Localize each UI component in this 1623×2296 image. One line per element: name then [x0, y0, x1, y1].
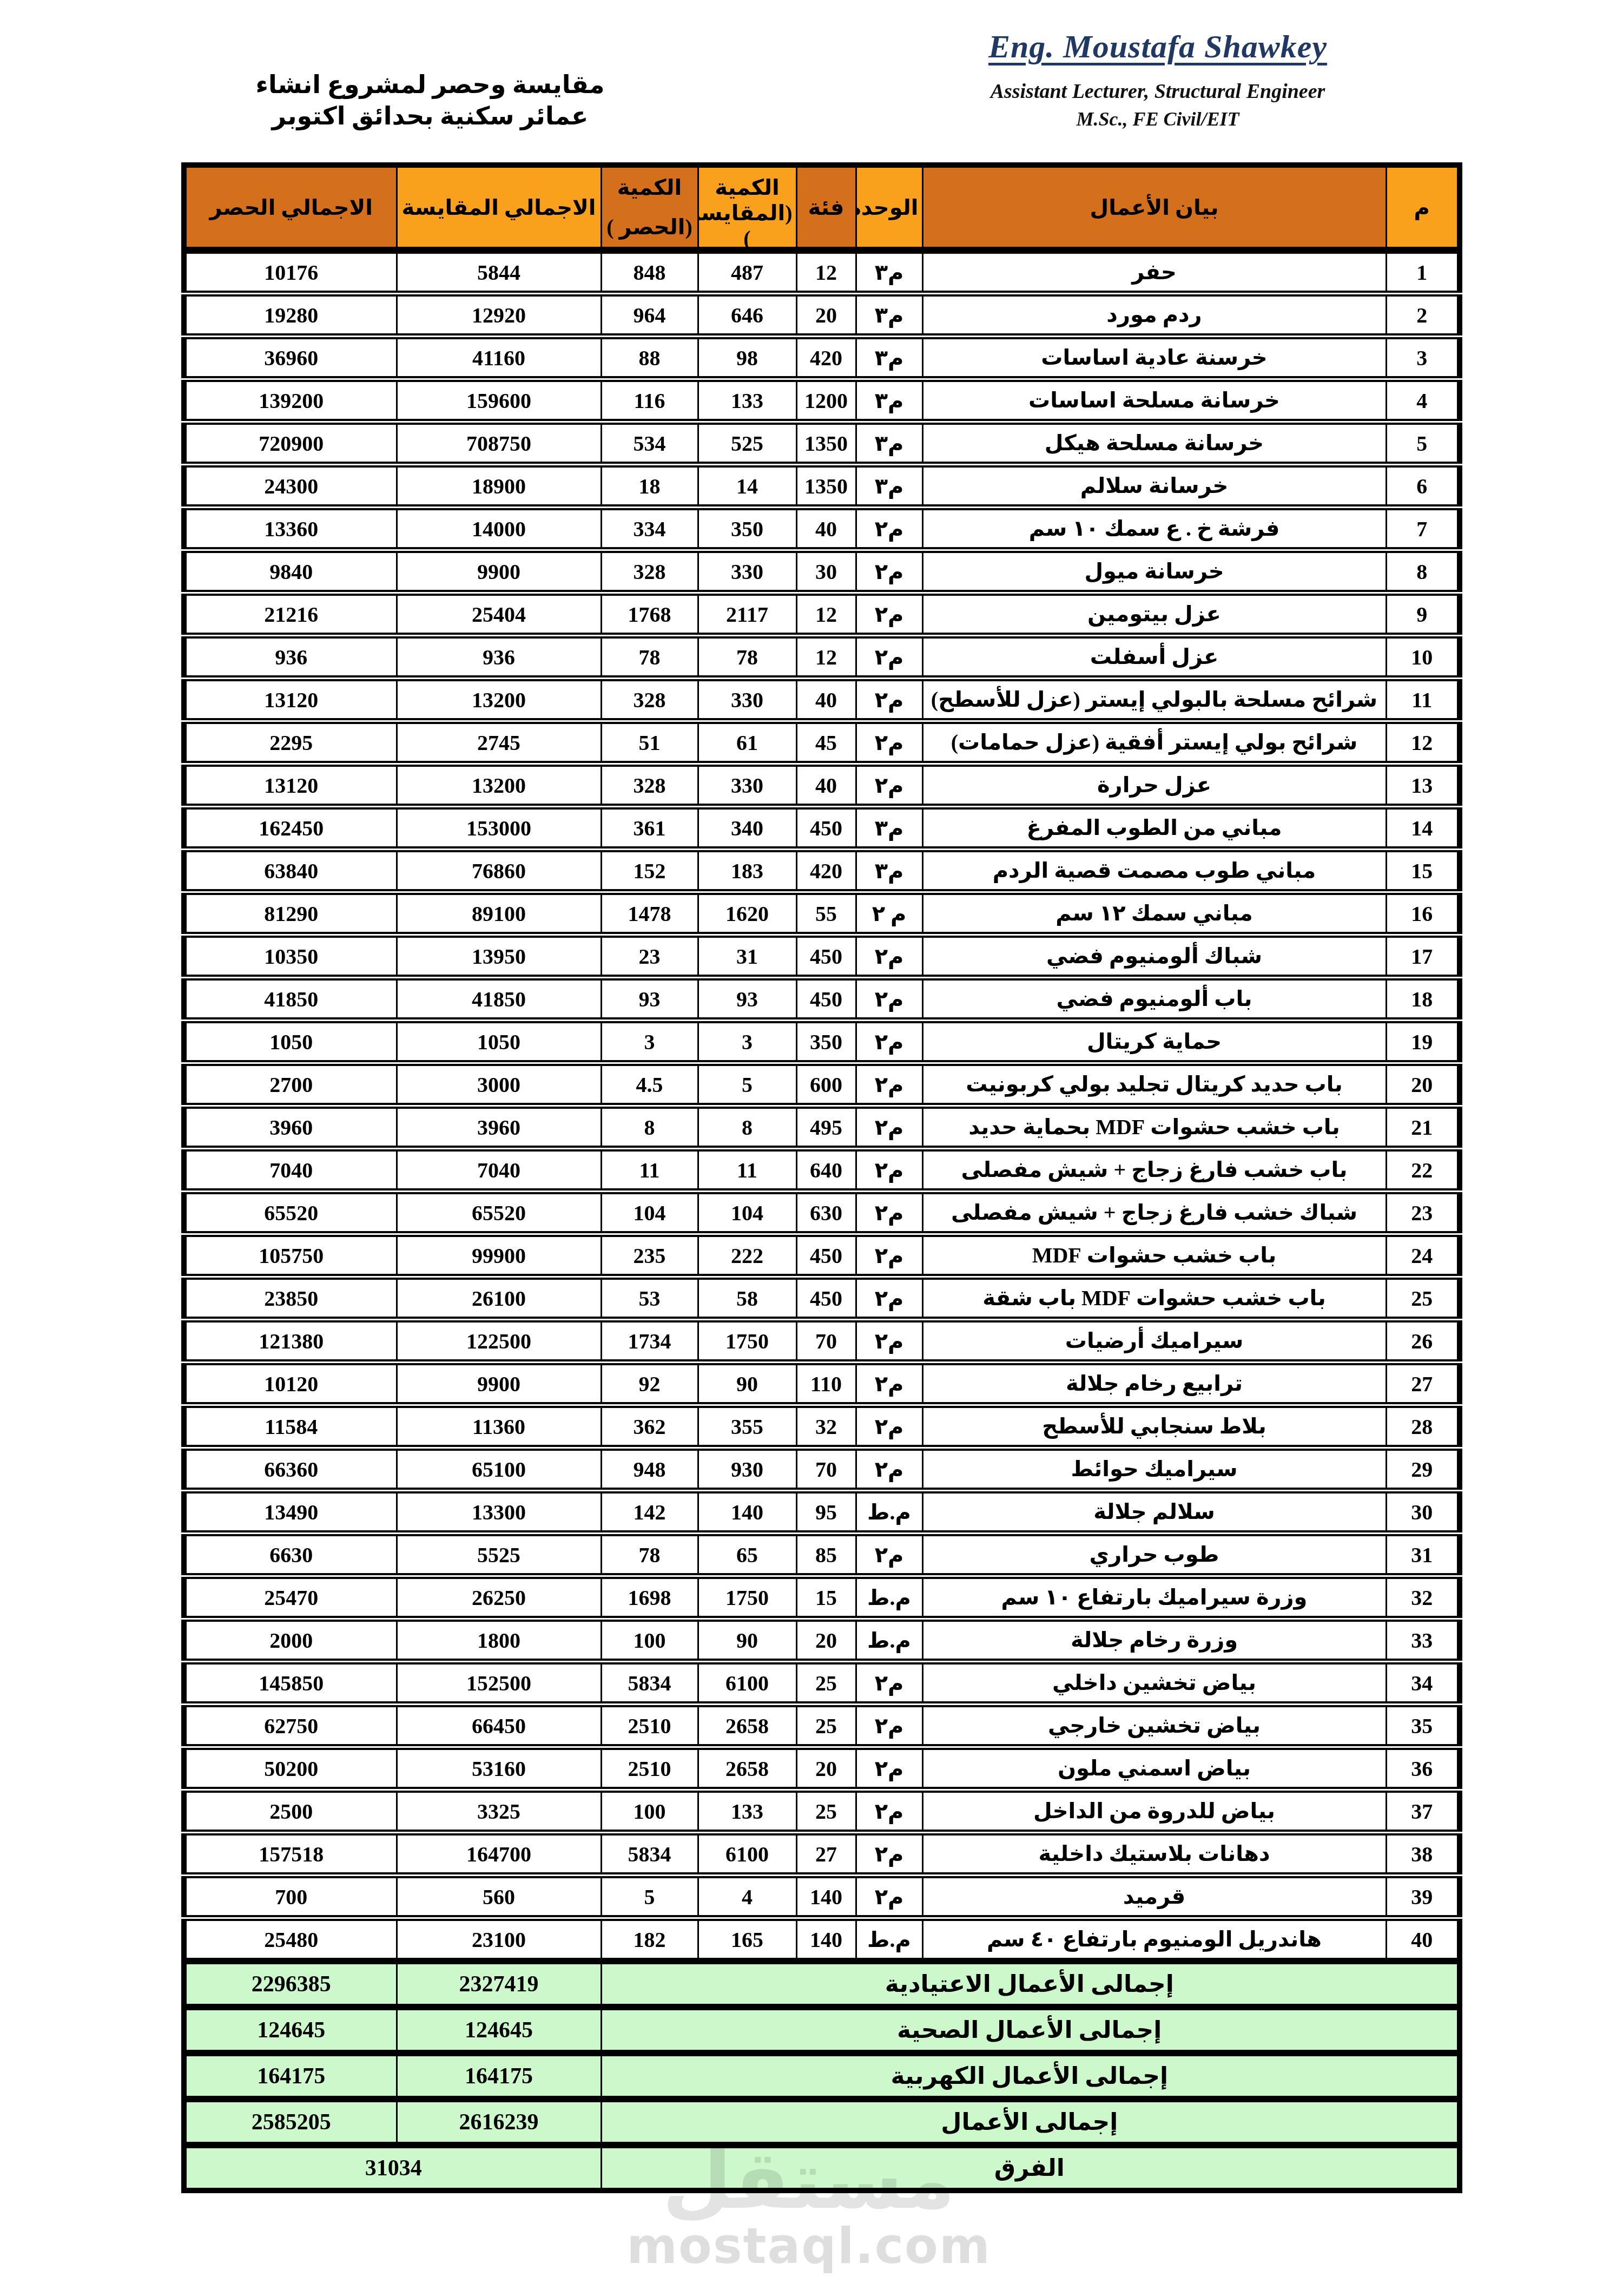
qty-estimated-cell: 31	[698, 935, 796, 978]
total-surveyed-cell: 157518	[184, 1833, 397, 1876]
unit-cell: م٢	[856, 1405, 922, 1448]
total-surveyed-cell: 145850	[184, 1662, 397, 1705]
total-surveyed-cell: 700	[184, 1876, 397, 1918]
unit-cell: م٣	[856, 294, 922, 337]
total-estimated-cell: 153000	[397, 807, 601, 850]
rate-cell: 495	[796, 1106, 856, 1149]
qty-estimated-cell: 98	[698, 337, 796, 379]
unit-cell: م٢	[856, 1833, 922, 1876]
unit-cell: م٢	[856, 1876, 922, 1918]
qty-surveyed-cell: 948	[601, 1448, 698, 1491]
qty-estimated-cell: 61	[698, 721, 796, 764]
rate-cell: 450	[796, 935, 856, 978]
works-description-cell: عزل أسفلت	[922, 636, 1386, 679]
rate-cell: 25	[796, 1662, 856, 1705]
summary-label-cell: إجمالى الأعمال	[601, 2099, 1460, 2145]
qty-estimated-cell: 330	[698, 764, 796, 807]
row-number-cell: 31	[1386, 1534, 1460, 1576]
rate-cell: 20	[796, 1747, 856, 1790]
rate-cell: 25	[796, 1705, 856, 1747]
rate-cell: 450	[796, 1234, 856, 1277]
total-surveyed-cell: 25470	[184, 1576, 397, 1619]
row-number-cell: 20	[1386, 1063, 1460, 1106]
unit-cell: م٢	[856, 1021, 922, 1063]
works-description-cell: ترابيع رخام جلالة	[922, 1363, 1386, 1405]
rate-cell: 27	[796, 1833, 856, 1876]
total-estimated-cell: 76860	[397, 850, 601, 892]
qty-estimated-cell: 3	[698, 1021, 796, 1063]
boq-row: 15 مباني طوب مصمت قصية الردم م٣ 420 183 …	[184, 850, 1460, 892]
row-number-cell: 16	[1386, 892, 1460, 935]
qty-estimated-cell: 4	[698, 1876, 796, 1918]
rate-cell: 450	[796, 1277, 856, 1320]
total-estimated-cell: 41160	[397, 337, 601, 379]
qty-surveyed-cell: 78	[601, 1534, 698, 1576]
rate-cell: 140	[796, 1876, 856, 1918]
qty-estimated-cell: 1750	[698, 1576, 796, 1619]
boq-row: 25 باب خشب حشوات MDF باب شقة م٢ 450 58 5…	[184, 1277, 1460, 1320]
qty-surveyed-cell: 964	[601, 294, 698, 337]
row-number-cell: 4	[1386, 379, 1460, 422]
row-number-cell: 24	[1386, 1234, 1460, 1277]
summary-total-estimated-cell: 164175	[397, 2053, 601, 2099]
works-description-cell: وزرة رخام جلالة	[922, 1619, 1386, 1662]
summary-label-cell: إجمالى الأعمال الصحية	[601, 2007, 1460, 2053]
row-number-cell: 12	[1386, 721, 1460, 764]
summary-total-surveyed-cell: 164175	[184, 2053, 397, 2099]
boq-row: 24 باب خشب حشوات MDF م٢ 450 222 235 9990…	[184, 1234, 1460, 1277]
qty-surveyed-cell: 328	[601, 679, 698, 721]
total-surveyed-cell: 13120	[184, 764, 397, 807]
works-description-cell: طوب حراري	[922, 1534, 1386, 1576]
rate-cell: 40	[796, 679, 856, 721]
qty-estimated-cell: 2658	[698, 1705, 796, 1747]
qty-estimated-cell: 14	[698, 465, 796, 508]
qty-estimated-cell: 330	[698, 679, 796, 721]
total-estimated-cell: 122500	[397, 1320, 601, 1363]
total-surveyed-cell: 720900	[184, 422, 397, 465]
difference-label-cell: الفرق	[601, 2145, 1460, 2190]
total-surveyed-cell: 36960	[184, 337, 397, 379]
qty-estimated-cell: 90	[698, 1363, 796, 1405]
summary-row: إجمالى الأعمال الصحية 124645 124645	[184, 2007, 1460, 2053]
unit-cell: م٣	[856, 422, 922, 465]
qty-estimated-cell: 487	[698, 251, 796, 294]
unit-cell: م٢	[856, 1234, 922, 1277]
row-number-cell: 27	[1386, 1363, 1460, 1405]
total-surveyed-cell: 25480	[184, 1918, 397, 1962]
total-estimated-cell: 2745	[397, 721, 601, 764]
total-surveyed-cell: 162450	[184, 807, 397, 850]
qty-estimated-cell: 1750	[698, 1320, 796, 1363]
qty-surveyed-cell: 2510	[601, 1705, 698, 1747]
row-number-cell: 23	[1386, 1192, 1460, 1234]
qty-estimated-cell: 646	[698, 294, 796, 337]
rate-cell: 70	[796, 1320, 856, 1363]
boq-row: 18 باب ألومنيوم فضي م٢ 450 93 93 41850 4…	[184, 978, 1460, 1021]
rate-cell: 20	[796, 1619, 856, 1662]
works-description-cell: سلالم جلالة	[922, 1491, 1386, 1534]
row-number-cell: 40	[1386, 1918, 1460, 1962]
works-description-cell: باب خشب حشوات MDF	[922, 1234, 1386, 1277]
unit-cell: م٢	[856, 1106, 922, 1149]
rate-cell: 70	[796, 1448, 856, 1491]
rate-cell: 420	[796, 850, 856, 892]
qty-estimated-cell: 11	[698, 1149, 796, 1192]
row-number-cell: 11	[1386, 679, 1460, 721]
column-header-unit: الوحدة	[856, 165, 922, 251]
row-number-cell: 14	[1386, 807, 1460, 850]
qty-surveyed-cell: 100	[601, 1790, 698, 1833]
boq-row: 32 وزرة سيراميك بارتفاع ١٠ سم م.ط 15 175…	[184, 1576, 1460, 1619]
qty-surveyed-cell: 5834	[601, 1662, 698, 1705]
difference-value-cell: 31034	[184, 2145, 601, 2190]
total-estimated-cell: 1050	[397, 1021, 601, 1063]
qty-estimated-cell: 930	[698, 1448, 796, 1491]
qty-surveyed-cell: 534	[601, 422, 698, 465]
unit-cell: م٣	[856, 465, 922, 508]
rate-cell: 12	[796, 251, 856, 294]
row-number-cell: 32	[1386, 1576, 1460, 1619]
qty-estimated-cell: 330	[698, 550, 796, 593]
summary-total-surveyed-cell: 124645	[184, 2007, 397, 2053]
qty-estimated-cell: 140	[698, 1491, 796, 1534]
total-estimated-cell: 89100	[397, 892, 601, 935]
qty-estimated-cell: 104	[698, 1192, 796, 1234]
unit-cell: م.ط	[856, 1619, 922, 1662]
qty-estimated-cell: 355	[698, 1405, 796, 1448]
boq-row: 35 بياض تخشين خارجي م٢ 25 2658 2510 6645…	[184, 1705, 1460, 1747]
qty-surveyed-cell: 92	[601, 1363, 698, 1405]
qty-surveyed-cell: 23	[601, 935, 698, 978]
works-description-cell: باب خشب فارغ زجاج + شيش مفصلى	[922, 1149, 1386, 1192]
qty-surveyed-paren-label: (الحصر )	[605, 214, 694, 240]
works-description-cell: مباني سمك ١٢ سم	[922, 892, 1386, 935]
unit-cell: م٢	[856, 1192, 922, 1234]
works-description-cell: شرائح بولي إيستر أفقية (عزل حمامات)	[922, 721, 1386, 764]
qty-surveyed-cell: 100	[601, 1619, 698, 1662]
boq-row: 23 شباك خشب فارغ زجاج + شيش مفصلى م٢ 630…	[184, 1192, 1460, 1234]
works-description-cell: خرسانة ميول	[922, 550, 1386, 593]
boq-row: 37 بياض للدروة من الداخل م٢ 25 133 100 3…	[184, 1790, 1460, 1833]
unit-cell: م٢	[856, 1320, 922, 1363]
rate-cell: 450	[796, 807, 856, 850]
unit-cell: م٢	[856, 593, 922, 636]
boq-row: 29 سيراميك حوائط م٢ 70 930 948 65100 663…	[184, 1448, 1460, 1491]
works-description-cell: باب ألومنيوم فضي	[922, 978, 1386, 1021]
row-number-cell: 6	[1386, 465, 1460, 508]
rate-cell: 55	[796, 892, 856, 935]
boq-row: 22 باب خشب فارغ زجاج + شيش مفصلى م٢ 640 …	[184, 1149, 1460, 1192]
summary-row: إجمالى الأعمال 2616239 2585205	[184, 2099, 1460, 2145]
row-number-cell: 9	[1386, 593, 1460, 636]
total-surveyed-cell: 936	[184, 636, 397, 679]
row-number-cell: 26	[1386, 1320, 1460, 1363]
qty-estimated-cell: 93	[698, 978, 796, 1021]
qty-surveyed-cell: 2510	[601, 1747, 698, 1790]
unit-cell: م٢	[856, 679, 922, 721]
boq-row: 38 دهانات بلاستيك داخلية م٢ 27 6100 5834…	[184, 1833, 1460, 1876]
unit-cell: م٢	[856, 1662, 922, 1705]
total-estimated-cell: 159600	[397, 379, 601, 422]
unit-cell: م٢	[856, 508, 922, 550]
summary-total-estimated-cell: 2327419	[397, 1961, 601, 2007]
total-surveyed-cell: 1050	[184, 1021, 397, 1063]
summary-total-surveyed-cell: 2585205	[184, 2099, 397, 2145]
works-description-cell: شرائح مسلحة بالبولي إيستر (عزل للأسطح)	[922, 679, 1386, 721]
rate-cell: 350	[796, 1021, 856, 1063]
rate-cell: 640	[796, 1149, 856, 1192]
row-number-cell: 18	[1386, 978, 1460, 1021]
boq-row: 28 بلاط سنجابي للأسطح م٢ 32 355 362 1136…	[184, 1405, 1460, 1448]
row-number-cell: 8	[1386, 550, 1460, 593]
works-description-cell: خرسانة سلالم	[922, 465, 1386, 508]
qty-surveyed-cell: 8	[601, 1106, 698, 1149]
rate-cell: 420	[796, 337, 856, 379]
qty-word-label: الكمية	[702, 175, 793, 200]
boq-row: 9 عزل بيتومين م٢ 12 2117 1768 25404 2121…	[184, 593, 1460, 636]
total-estimated-cell: 65100	[397, 1448, 601, 1491]
column-header-rate: فئة	[796, 165, 856, 251]
rate-cell: 15	[796, 1576, 856, 1619]
qty-surveyed-cell: 362	[601, 1405, 698, 1448]
boq-row: 1 حفر م٣ 12 487 848 5844 10176	[184, 251, 1460, 294]
total-surveyed-cell: 121380	[184, 1320, 397, 1363]
total-surveyed-cell: 63840	[184, 850, 397, 892]
row-number-cell: 28	[1386, 1405, 1460, 1448]
works-description-cell: حفر	[922, 251, 1386, 294]
qty-estimated-cell: 350	[698, 508, 796, 550]
works-description-cell: دهانات بلاستيك داخلية	[922, 1833, 1386, 1876]
boq-row: 27 ترابيع رخام جلالة م٢ 110 90 92 9900 1…	[184, 1363, 1460, 1405]
row-number-cell: 33	[1386, 1619, 1460, 1662]
qty-surveyed-cell: 1734	[601, 1320, 698, 1363]
qty-surveyed-cell: 1478	[601, 892, 698, 935]
boq-row: 34 بياض تخشين داخلي م٢ 25 6100 5834 1525…	[184, 1662, 1460, 1705]
boq-row: 7 فرشة خ . ع سمك ١٠ سم م٢ 40 350 334 140…	[184, 508, 1460, 550]
unit-cell: م.ط	[856, 1576, 922, 1619]
total-estimated-cell: 7040	[397, 1149, 601, 1192]
rate-cell: 40	[796, 764, 856, 807]
row-number-cell: 19	[1386, 1021, 1460, 1063]
qty-surveyed-cell: 1698	[601, 1576, 698, 1619]
qty-estimated-cell: 1620	[698, 892, 796, 935]
unit-cell: م٢	[856, 935, 922, 978]
total-surveyed-cell: 13490	[184, 1491, 397, 1534]
total-estimated-cell: 26100	[397, 1277, 601, 1320]
works-description-cell: بياض تخشين داخلي	[922, 1662, 1386, 1705]
total-estimated-cell: 11360	[397, 1405, 601, 1448]
qty-surveyed-cell: 142	[601, 1491, 698, 1534]
rate-cell: 1200	[796, 379, 856, 422]
boq-row: 39 قرميد م٢ 140 4 5 560 700	[184, 1876, 1460, 1918]
boq-row: 31 طوب حراري م٢ 85 65 78 5525 6630	[184, 1534, 1460, 1576]
works-description-cell: وزرة سيراميك بارتفاع ١٠ سم	[922, 1576, 1386, 1619]
document-title: مقايسة وحصر لمشروع انشاء عمائر سكنية بحد…	[233, 69, 628, 131]
rate-cell: 40	[796, 508, 856, 550]
works-description-cell: شباك ألومنيوم فضي	[922, 935, 1386, 978]
qty-surveyed-cell: 152	[601, 850, 698, 892]
boq-row: 11 شرائح مسلحة بالبولي إيستر (عزل للأسطح…	[184, 679, 1460, 721]
total-estimated-cell: 18900	[397, 465, 601, 508]
total-estimated-cell: 99900	[397, 1234, 601, 1277]
column-header-qty-surveyed: الكمية (الحصر )	[601, 165, 698, 251]
qty-estimated-cell: 2658	[698, 1747, 796, 1790]
boq-row: 14 مباني من الطوب المفرغ م٣ 450 340 361 …	[184, 807, 1460, 850]
works-description-cell: باب حديد كريتال تجليد بولي كربونيت	[922, 1063, 1386, 1106]
boq-row: 8 خرسانة ميول م٢ 30 330 328 9900 9840	[184, 550, 1460, 593]
total-surveyed-cell: 62750	[184, 1705, 397, 1747]
qty-surveyed-cell: 848	[601, 251, 698, 294]
total-estimated-cell: 5525	[397, 1534, 601, 1576]
qty-surveyed-cell: 53	[601, 1277, 698, 1320]
qty-surveyed-cell: 116	[601, 379, 698, 422]
unit-cell: م.ط	[856, 1918, 922, 1962]
works-description-cell: باب خشب حشوات MDF بحماية حديد	[922, 1106, 1386, 1149]
works-description-cell: عزل حرارة	[922, 764, 1386, 807]
column-header-total-surveyed: الاجمالي الحصر	[184, 165, 397, 251]
row-number-cell: 34	[1386, 1662, 1460, 1705]
rate-cell: 20	[796, 294, 856, 337]
engineer-signature-block: Eng. Moustafa Shawkey Assistant Lecturer…	[958, 28, 1358, 130]
row-number-cell: 30	[1386, 1491, 1460, 1534]
boq-row: 26 سيراميك أرضيات م٢ 70 1750 1734 122500…	[184, 1320, 1460, 1363]
boq-row: 13 عزل حرارة م٢ 40 330 328 13200 13120	[184, 764, 1460, 807]
boq-row: 17 شباك ألومنيوم فضي م٢ 450 31 23 13950 …	[184, 935, 1460, 978]
unit-cell: م٢	[856, 1705, 922, 1747]
qty-estimated-cell: 183	[698, 850, 796, 892]
total-estimated-cell: 65520	[397, 1192, 601, 1234]
qty-estimated-cell: 78	[698, 636, 796, 679]
document-page: مقايسة وحصر لمشروع انشاء عمائر سكنية بحد…	[0, 0, 1623, 2296]
row-number-cell: 25	[1386, 1277, 1460, 1320]
qty-surveyed-cell: 88	[601, 337, 698, 379]
total-surveyed-cell: 2700	[184, 1063, 397, 1106]
summary-label-cell: إجمالى الأعمال الكهربية	[601, 2053, 1460, 2099]
total-estimated-cell: 25404	[397, 593, 601, 636]
row-number-cell: 3	[1386, 337, 1460, 379]
qty-surveyed-cell: 328	[601, 550, 698, 593]
qty-estimated-cell: 133	[698, 1790, 796, 1833]
rate-cell: 110	[796, 1363, 856, 1405]
works-description-cell: مباني طوب مصمت قصية الردم	[922, 850, 1386, 892]
row-number-cell: 1	[1386, 251, 1460, 294]
total-surveyed-cell: 13360	[184, 508, 397, 550]
boq-row: 2 ردم مورد م٣ 20 646 964 12920 19280	[184, 294, 1460, 337]
qty-estimated-cell: 90	[698, 1619, 796, 1662]
unit-cell: م٢	[856, 636, 922, 679]
total-surveyed-cell: 50200	[184, 1747, 397, 1790]
works-description-cell: مباني من الطوب المفرغ	[922, 807, 1386, 850]
total-surveyed-cell: 3960	[184, 1106, 397, 1149]
engineer-role: Assistant Lecturer, Structural Engineer	[958, 80, 1358, 103]
unit-cell: م٢	[856, 1747, 922, 1790]
boq-row: 21 باب خشب حشوات MDF بحماية حديد م٢ 495 …	[184, 1106, 1460, 1149]
total-surveyed-cell: 65520	[184, 1192, 397, 1234]
unit-cell: م٢	[856, 1534, 922, 1576]
rate-cell: 12	[796, 636, 856, 679]
works-description-cell: خرسانة مسلحة اساسات	[922, 379, 1386, 422]
qty-surveyed-cell: 11	[601, 1149, 698, 1192]
qty-surveyed-cell: 51	[601, 721, 698, 764]
total-surveyed-cell: 24300	[184, 465, 397, 508]
total-surveyed-cell: 23850	[184, 1277, 397, 1320]
unit-cell: م٢	[856, 1063, 922, 1106]
rate-cell: 1350	[796, 422, 856, 465]
boq-row: 19 حماية كريتال م٢ 350 3 3 1050 1050	[184, 1021, 1460, 1063]
works-description-cell: هاندريل الومنيوم بارتفاع ٤٠ سم	[922, 1918, 1386, 1962]
unit-cell: م.ط	[856, 1491, 922, 1534]
row-number-cell: 7	[1386, 508, 1460, 550]
qty-surveyed-cell: 3	[601, 1021, 698, 1063]
works-description-cell: شباك خشب فارغ زجاج + شيش مفصلى	[922, 1192, 1386, 1234]
total-surveyed-cell: 6630	[184, 1534, 397, 1576]
unit-cell: م٢	[856, 978, 922, 1021]
boq-row: 3 خرسنة عادية اساسات م٣ 420 98 88 41160 …	[184, 337, 1460, 379]
boq-row: 30 سلالم جلالة م.ط 95 140 142 13300 1349…	[184, 1491, 1460, 1534]
summary-label-cell: إجمالى الأعمال الاعتيادية	[601, 1961, 1460, 2007]
row-number-cell: 13	[1386, 764, 1460, 807]
qty-surveyed-cell: 5	[601, 1876, 698, 1918]
total-surveyed-cell: 9840	[184, 550, 397, 593]
row-number-cell: 22	[1386, 1149, 1460, 1192]
rate-cell: 450	[796, 978, 856, 1021]
rate-cell: 45	[796, 721, 856, 764]
qty-estimated-cell: 165	[698, 1918, 796, 1962]
boq-row: 4 خرسانة مسلحة اساسات م٣ 1200 133 116 15…	[184, 379, 1460, 422]
summary-total-surveyed-cell: 2296385	[184, 1961, 397, 2007]
qty-surveyed-cell: 334	[601, 508, 698, 550]
qty-surveyed-cell: 235	[601, 1234, 698, 1277]
total-estimated-cell: 560	[397, 1876, 601, 1918]
total-surveyed-cell: 10176	[184, 251, 397, 294]
works-description-cell: فرشة خ . ع سمك ١٠ سم	[922, 508, 1386, 550]
qty-estimated-cell: 222	[698, 1234, 796, 1277]
total-estimated-cell: 3325	[397, 1790, 601, 1833]
total-estimated-cell: 26250	[397, 1576, 601, 1619]
qty-surveyed-cell: 78	[601, 636, 698, 679]
total-surveyed-cell: 13120	[184, 679, 397, 721]
qty-estimated-cell: 6100	[698, 1833, 796, 1876]
rate-cell: 85	[796, 1534, 856, 1576]
works-description-cell: خرسنة عادية اساسات	[922, 337, 1386, 379]
total-estimated-cell: 13200	[397, 764, 601, 807]
engineer-degree: M.Sc., FE Civil/EIT	[958, 108, 1358, 130]
total-estimated-cell: 3960	[397, 1106, 601, 1149]
qty-surveyed-cell: 328	[601, 764, 698, 807]
qty-estimated-cell: 58	[698, 1277, 796, 1320]
column-header-number: م	[1386, 165, 1460, 251]
summary-row: إجمالى الأعمال الاعتيادية 2327419 229638…	[184, 1961, 1460, 2007]
works-description-cell: بياض تخشين خارجي	[922, 1705, 1386, 1747]
total-surveyed-cell: 11584	[184, 1405, 397, 1448]
qty-estimated-cell: 8	[698, 1106, 796, 1149]
engineer-name: Eng. Moustafa Shawkey	[958, 28, 1358, 65]
rate-cell: 140	[796, 1918, 856, 1962]
total-estimated-cell: 53160	[397, 1747, 601, 1790]
unit-cell: م٢	[856, 721, 922, 764]
rate-cell: 12	[796, 593, 856, 636]
works-description-cell: باب خشب حشوات MDF باب شقة	[922, 1277, 1386, 1320]
qty-surveyed-cell: 5834	[601, 1833, 698, 1876]
row-number-cell: 29	[1386, 1448, 1460, 1491]
boq-row: 36 بياض اسمني ملون م٢ 20 2658 2510 53160…	[184, 1747, 1460, 1790]
summary-row: إجمالى الأعمال الكهربية 164175 164175	[184, 2053, 1460, 2099]
works-description-cell: سيراميك حوائط	[922, 1448, 1386, 1491]
qty-word-label: الكمية	[605, 175, 694, 200]
unit-cell: م٢	[856, 1790, 922, 1833]
boq-row: 12 شرائح بولي إيستر أفقية (عزل حمامات) م…	[184, 721, 1460, 764]
